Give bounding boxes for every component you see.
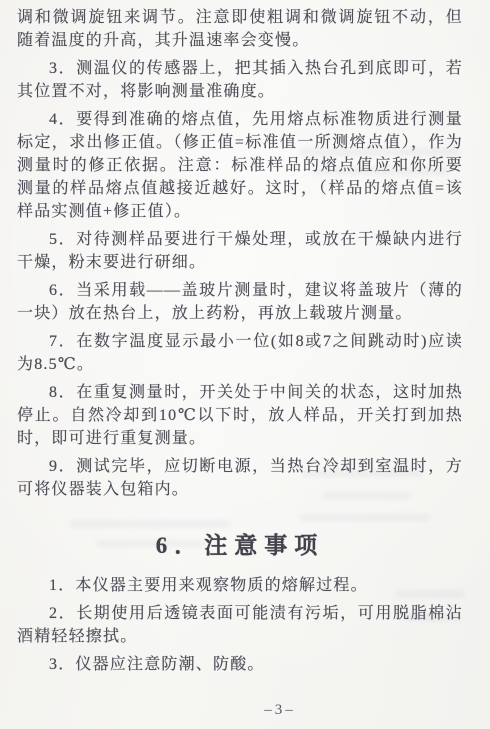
body-paragraph: 3．仪器应注意防潮、防酸。 — [17, 653, 463, 676]
body-paragraph: 7．在数字温度显示最小一位(如8或7之间跳动时)应读为8.5℃。 — [17, 330, 463, 376]
scanned-page: 调和微调旋钮来调节。注意即使粗调和微调旋钮不动，但随着温度的升高，其升温速率会变… — [0, 0, 490, 729]
page-number: –3– — [0, 702, 490, 719]
body-paragraph: 5．对待测样品要进行干燥处理，或放在干燥缺内进行干燥，粉末要进行研细。 — [17, 228, 463, 274]
body-paragraph: 2．长期使用后透镜表面可能渍有污垢，可用脱脂棉沾酒精轻轻擦拭。 — [17, 602, 463, 648]
body-paragraph: 3．测温仪的传感器上，把其插入热台孔到底即可，若其位置不对，将影响测量准确度。 — [17, 57, 463, 103]
precaution-items: 1．本仪器主要用来观察物质的熔解过程。2．长期使用后透镜表面可能渍有污垢，可用脱… — [17, 574, 463, 676]
numbered-instructions: 调和微调旋钮来调节。注意即使粗调和微调旋钮不动，但随着温度的升高，其升温速率会变… — [17, 6, 463, 501]
body-paragraph: 8．在重复测量时，开关处于中间关的状态，这时加热停止。自然冷却到10℃以下时，放… — [17, 381, 463, 450]
body-paragraph: 1．本仪器主要用来观察物质的熔解过程。 — [17, 574, 463, 597]
section-heading: 6．注意事项 — [17, 527, 463, 560]
body-paragraph: 9．测试完毕，应切断电源，当热台冷却到室温时，方可将仪器装入包箱内。 — [17, 455, 463, 501]
body-paragraph: 6．当采用载——盖玻片测量时，建议将盖玻片（薄的一块）放在热台上，放上药粉，再放… — [17, 279, 463, 325]
body-paragraph: 4．要得到准确的熔点值，先用熔点标准物质进行测量标定，求出修正值。（修正值=标准… — [17, 108, 463, 223]
page-text-block: 调和微调旋钮来调节。注意即使粗调和微调旋钮不动，但随着温度的升高，其升温速率会变… — [17, 6, 463, 681]
body-paragraph: 调和微调旋钮来调节。注意即使粗调和微调旋钮不动，但随着温度的升高，其升温速率会变… — [17, 6, 463, 52]
